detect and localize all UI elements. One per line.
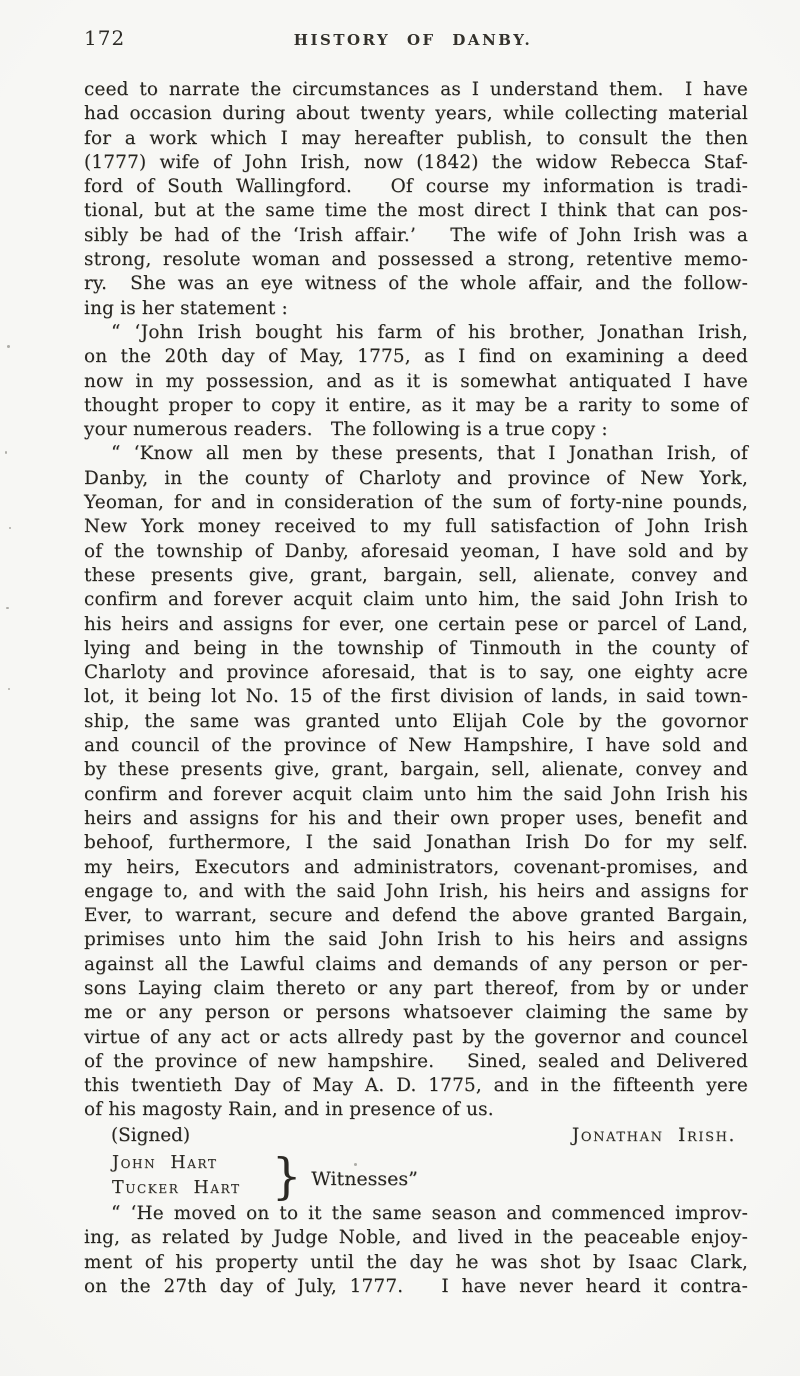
text-line: Yeoman, for and in consideration of the … [84, 491, 748, 515]
running-head: 172 HISTORY OF DANBY. [84, 26, 748, 50]
text-line: now in my possession, and as it is somew… [84, 370, 748, 394]
text-line: lying and being in the township of Tinmo… [84, 637, 748, 661]
body-text: ceed to narrate the circumstances as I u… [84, 78, 748, 1299]
text-line: ford of South Wallingford. Of course my … [84, 175, 748, 199]
text-line: of the township of Danby, aforesaid yeom… [84, 540, 748, 564]
text-line: by these presents give, grant, bargain, … [84, 758, 748, 782]
scan-speck [9, 527, 11, 529]
text-line: sibly be had of the ‘Irish affair.’ The … [84, 224, 748, 248]
text-line: this twentieth Day of May A. D. 1775, an… [84, 1074, 748, 1098]
signature-name: Jonathan Irish. [572, 1124, 736, 1148]
text-line: against all the Lawful claims and demand… [84, 953, 748, 977]
text-line: ing, as related by Judge Noble, and live… [84, 1226, 748, 1250]
scan-speck [6, 607, 9, 609]
running-header-title: HISTORY OF DANBY. [156, 31, 670, 49]
text-line: of the province of new hampshire. Sined,… [84, 1050, 748, 1074]
scan-speck [7, 345, 10, 348]
text-line: Ever, to warrant, secure and defend the … [84, 904, 748, 928]
text-line: “ ‘Know all men by these presents, that … [84, 442, 748, 466]
text-line: confirm and forever acquit claim unto hi… [84, 783, 748, 807]
text-line: “ ‘John Irish bought his farm of his bro… [84, 321, 748, 345]
paragraph: “ ‘Know all men by these presents, that … [84, 442, 748, 1122]
witness-names: John Hart Tucker Hart [112, 1151, 270, 1201]
text-line: ing is her statement : [84, 297, 748, 321]
signature-row: (Signed) Jonathan Irish. [84, 1124, 748, 1148]
witness-name: John Hart [112, 1151, 270, 1176]
text-line: me or any person or persons whatsoever c… [84, 1001, 748, 1025]
text-line: primises unto him the said John Irish to… [84, 928, 748, 952]
witness-name: Tucker Hart [112, 1176, 270, 1201]
scan-speck [8, 688, 10, 690]
text-line: behoof, furthermore, I the said Jonathan… [84, 831, 748, 855]
text-line: “ ‘He moved on to it the same season and… [84, 1202, 748, 1226]
paragraph: “ ‘He moved on to it the same season and… [84, 1202, 748, 1299]
text-line: your numerous readers. The following is … [84, 418, 748, 442]
text-line: tional, but at the same time the most di… [84, 199, 748, 223]
text-line: ship, the same was granted unto Elijah C… [84, 710, 748, 734]
text-line: my heirs, Executors and administrators, … [84, 856, 748, 880]
text-line: had occasion during about twenty years, … [84, 102, 748, 126]
text-line: ry. She was an eye witness of the whole … [84, 272, 748, 296]
text-line: on the 27th day of July, 1777. I have ne… [84, 1275, 748, 1299]
paragraph: ceed to narrate the circumstances as I u… [84, 78, 748, 321]
text-line: sons Laying claim thereto or any part th… [84, 977, 748, 1001]
text-line: (1777) wife of John Irish, now (1842) th… [84, 151, 748, 175]
text-line: thought proper to copy it entire, as it … [84, 394, 748, 418]
text-line: confirm and forever acquit claim unto hi… [84, 588, 748, 612]
text-line: Charloty and province aforesaid, that is… [84, 661, 748, 685]
text-line: ment of his property until the day he wa… [84, 1251, 748, 1275]
signed-label: (Signed) [84, 1124, 190, 1148]
text-line: for a work which I may hereafter publish… [84, 127, 748, 151]
text-line: his heirs and assigns for ever, one cert… [84, 613, 748, 637]
scan-speck [354, 1163, 357, 1166]
text-line: heirs and assigns for his and their own … [84, 807, 748, 831]
final-paragraph: “ ‘He moved on to it the same season and… [84, 1202, 748, 1299]
text-line: these presents give, grant, bargain, sel… [84, 564, 748, 588]
witnesses-caption: Witnesses” [311, 1162, 418, 1190]
text-line: ceed to narrate the circumstances as I u… [84, 78, 748, 102]
text-line: Danby, in the county of Charloty and pro… [84, 467, 748, 491]
text-line: lot, it being lot No. 15 of the first di… [84, 685, 748, 709]
brace-glyph: } [272, 1148, 301, 1205]
text-line: virtue of any act or acts allredy past b… [84, 1026, 748, 1050]
text-line: engage to, and with the said John Irish,… [84, 880, 748, 904]
text-line: of his magosty Rain, and in presence of … [84, 1098, 748, 1122]
scan-speck [5, 451, 7, 454]
book-page: 172 HISTORY OF DANBY. ceed to narrate th… [0, 0, 800, 1376]
text-line: strong, resolute woman and possessed a s… [84, 248, 748, 272]
text-line: New York money received to my full satis… [84, 515, 748, 539]
paragraph: “ ‘John Irish bought his farm of his bro… [84, 321, 748, 442]
main-paragraphs: ceed to narrate the circumstances as I u… [84, 78, 748, 1123]
text-line: on the 20th day of May, 1775, as I find … [84, 345, 748, 369]
text-line: and council of the province of New Hamps… [84, 734, 748, 758]
witness-block: John Hart Tucker Hart } Witnesses” [84, 1150, 748, 1202]
